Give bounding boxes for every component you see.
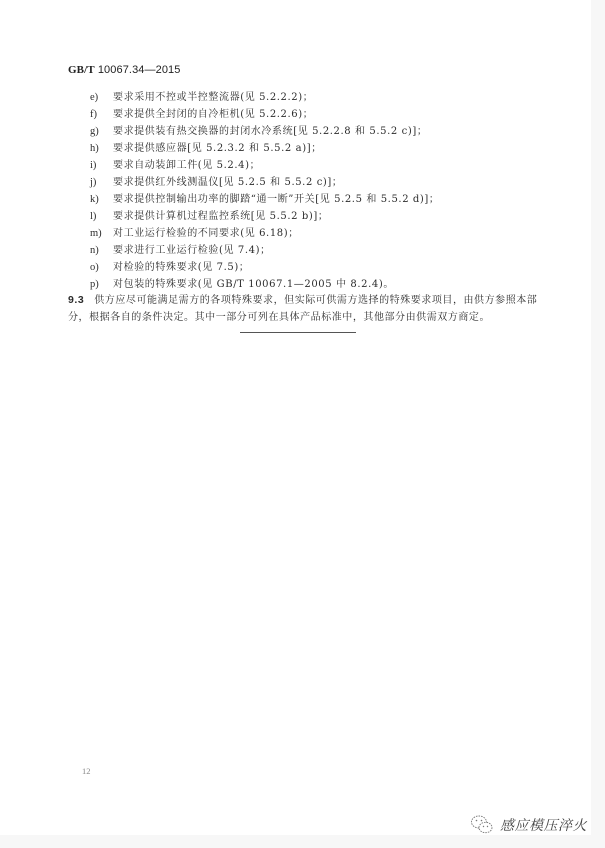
clause-line-2: 分，根据各自的条件决定。其中一部分可列在具体产品标准中，其他部分由供需双方商定。	[68, 309, 548, 326]
list-item-text: 要求提供全封闭的自冷柜机(见 5.2.2.6)；	[113, 106, 313, 123]
standard-prefix: GB/T	[68, 64, 95, 76]
list-item-text: 要求提供装有热交换器的封闭水冷系统[见 5.2.2.8 和 5.5.2 c)]；	[113, 123, 427, 140]
document-page: GB/T 10067.34—2015 e) 要求采用不控或半控整流器(见 5.2…	[0, 0, 591, 835]
list-item-label: n)	[90, 242, 112, 259]
list-item-text: 对检验的特殊要求(见 7.5)；	[113, 259, 250, 276]
list-item-label: o)	[90, 259, 112, 276]
list-item-text: 要求提供红外线测温仪[见 5.2.5 和 5.5.2 c)]；	[113, 174, 343, 191]
list-item-text: 要求提供控制输出功率的脚踏“通一断”开关[见 5.2.5 和 5.5.2 d)]…	[113, 191, 440, 208]
list-item-label: k)	[90, 191, 112, 208]
list-item-label: j)	[90, 174, 112, 191]
wechat-icon	[470, 814, 494, 836]
list-item-label: h)	[90, 140, 112, 157]
list-item-label: p)	[90, 276, 112, 293]
clause-line-1: 9.3供方应尽可能满足需方的各项特殊要求，但实际可供需方选择的特殊要求项目，由供…	[68, 292, 548, 309]
list-item-text: 要求提供计算机过程监控系统[见 5.5.2 b)]；	[113, 208, 329, 225]
list-item-text: 要求采用不控或半控整流器(见 5.2.2.2)；	[113, 89, 313, 106]
list-item-text: 对工业运行检验的不同要求(见 6.18)；	[113, 225, 299, 242]
list-item-label: e)	[90, 89, 112, 106]
list-item-label: f)	[90, 106, 112, 123]
clause-9-3: 9.3供方应尽可能满足需方的各项特殊要求，但实际可供需方选择的特殊要求项目，由供…	[68, 292, 548, 326]
watermark-text: 感应模压淬火	[500, 815, 587, 835]
watermark: 感应模压淬火	[470, 814, 587, 836]
clause-text-1: 供方应尽可能满足需方的各项特殊要求，但实际可供需方选择的特殊要求项目，由供方参照…	[94, 295, 537, 306]
list-item-label: l)	[90, 208, 112, 225]
list-item-text: 要求提供感应器[见 5.2.3.2 和 5.5.2 a)]；	[113, 140, 322, 157]
list-item-label: m)	[90, 225, 112, 242]
list-item-label: i)	[90, 157, 112, 174]
clause-number: 9.3	[68, 294, 84, 306]
page-number: 12	[82, 766, 91, 776]
list-item-text: 要求进行工业运行检验(见 7.4)；	[113, 242, 271, 259]
list-item-text: 要求自动装卸工件(见 5.2.4)；	[113, 157, 260, 174]
standard-number: 10067.34—2015	[98, 64, 181, 76]
standard-header: GB/T 10067.34—2015	[68, 64, 181, 76]
list-item-label: g)	[90, 123, 112, 140]
list-item-text: 对包装的特殊要求(见 GB/T 10067.1—2005 中 8.2.4)。	[113, 276, 394, 293]
end-of-document-rule	[240, 332, 356, 333]
